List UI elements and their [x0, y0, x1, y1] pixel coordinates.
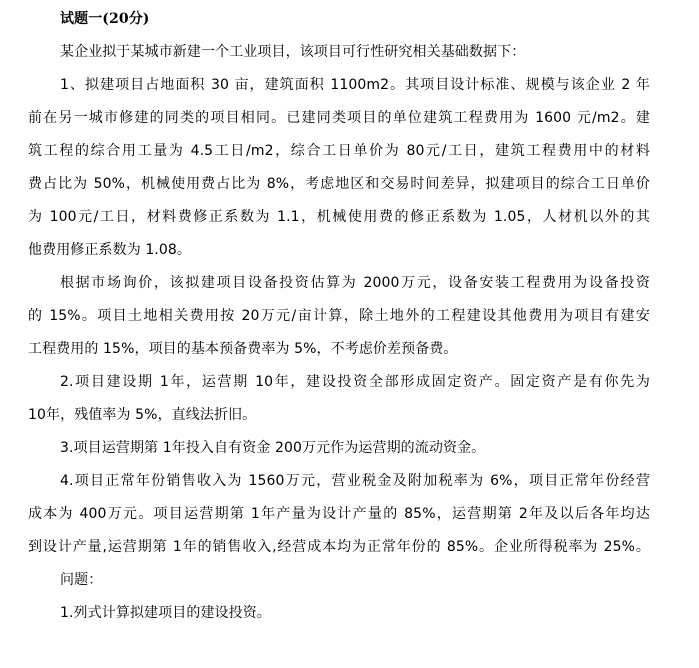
item-4-line-2: 成本为 400万元。项目运营期第 1年产量为设计产量的 85%，运营期第 2年及… [28, 498, 650, 531]
item-1-line-4: 费占比为 50%，机械使用费占比为 8%，考虑地区和交易时间差异，拟建项目的综合… [28, 168, 650, 201]
intro-paragraph: 某企业拟于某城市新建一个工业项目，该项目可行性研究相关基础数据下： [28, 36, 650, 69]
item-1-line-1: 1、拟建项目占地面积 30 亩，建筑面积 1100m2。其项目设计标准、规模与该… [28, 69, 650, 102]
questions-heading: 问题： [28, 564, 650, 597]
item-1-line-6: 他费用修正系数为 1.08。 [28, 234, 650, 267]
document-body: 试题一(20分) 某企业拟于某城市新建一个工业项目，该项目可行性研究相关基础数据… [28, 3, 650, 630]
item-1-line-5: 为 100元/工日，材料费修正系数为 1.1，机械使用费的修正系数为 1.05，… [28, 201, 650, 234]
item-4-line-1: 4.项目正常年份销售收入为 1560万元，营业税金及附加税率为 6%，项目正常年… [28, 465, 650, 498]
item-2-line-1: 2.项目建设期 1年，运营期 10年，建设投资全部形成固定资产。固定资产是有你先… [28, 366, 650, 399]
item-2-line-2: 10年，残值率为 5%，直线法折旧。 [28, 399, 650, 432]
item-4-line-3: 到设计产量,运营期第 1年的销售收入,经营成本均为正常年份的 85%。企业所得税… [28, 531, 650, 564]
question-title: 试题一(20分) [28, 3, 650, 36]
question-1: 1.列式计算拟建项目的建设投资。 [28, 597, 650, 630]
equipment-line-3: 工程费用的 15%，项目的基本预备费率为 5%，不考虑价差预备费。 [28, 333, 650, 366]
item-1-line-3: 筑工程的综合用工量为 4.5工日/m2，综合工日单价为 80元/工日，建筑工程费… [28, 135, 650, 168]
item-1-line-2: 前在另一城市修建的同类的项目相同。已建同类项目的单位建筑工程费用为 1600 元… [28, 102, 650, 135]
item-3-line-1: 3.项目运营期第 1年投入自有资金 200万元作为运营期的流动资金。 [28, 432, 650, 465]
equipment-line-2: 的 15%。项目土地相关费用按 20万元/亩计算，除土地外的工程建设其他费用为项… [28, 300, 650, 333]
equipment-line-1: 根据市场询价，该拟建项目设备投资估算为 2000万元，设备安装工程费用为设备投资 [28, 267, 650, 300]
